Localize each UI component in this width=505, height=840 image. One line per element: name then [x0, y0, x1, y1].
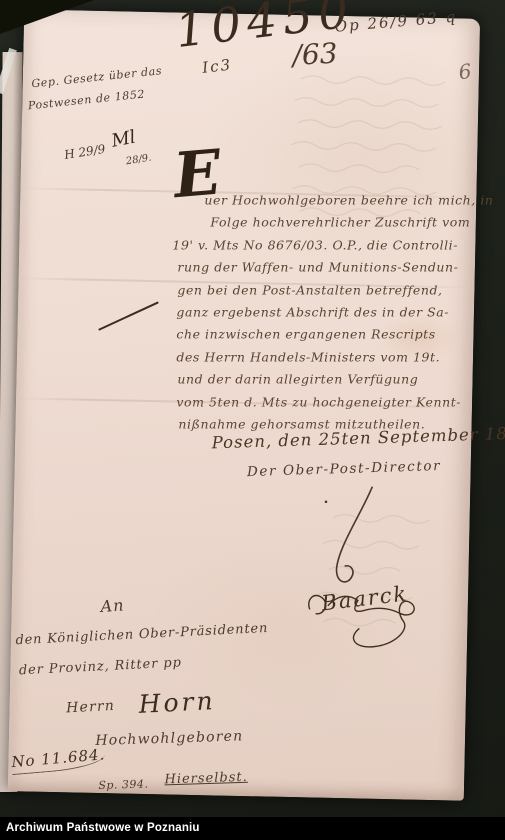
body-line: vom 5ten d. Mts zu hochgeneigter Kennt- — [172, 394, 493, 416]
archive-caption-bar: Archiwum Państwowe w Poznaniu — [0, 817, 505, 840]
address-line: den Königlichen Ober-Präsidenten — [15, 621, 268, 648]
address-salutation: An — [100, 595, 125, 616]
registry-subnumber: Ic3 — [201, 55, 233, 76]
body-line: und der darin allegirten Verfügung — [172, 372, 493, 394]
margin-initials: Ml — [110, 127, 138, 152]
body-line: Folge hochverehrlicher Zuschrift vom — [172, 215, 493, 237]
delivery-note: Hierselbst. — [164, 770, 248, 788]
sheet-number: 6 — [457, 59, 472, 84]
body-line: uer Hochwohlgeboren beehre ich mich, in — [172, 192, 493, 214]
photo-stage: 10450 Ic3 /63 Op 26/9 63 q 6 Gep. Gesetz… — [0, 0, 505, 840]
body-line: rung der Waffen- und Munitions-Sendun- — [172, 260, 493, 282]
registry-year-mark: /63 — [292, 37, 339, 72]
body-line: gen bei den Post-Anstalten betreffend, — [172, 282, 493, 304]
body-line: che inzwischen ergangenen Rescripts — [172, 327, 493, 349]
address-line: der Provinz, Ritter pp — [19, 655, 183, 678]
margin-note-line2: Postwesen de 1852 — [27, 88, 145, 113]
body-line: des Herrn Handels-Ministers vom 19t. — [172, 349, 493, 371]
address-courtesy: Hochwohlgeboren — [95, 728, 243, 749]
margin-check-mark: H 29/9 — [63, 142, 106, 162]
margin-tick-stroke — [98, 301, 159, 330]
address-recipient-name: Horn — [138, 686, 216, 719]
address-honorific: Herrn — [66, 698, 116, 716]
journal-number: Sp. 394. — [98, 777, 148, 792]
letter-body: uer Hochwohlgeboren beehre ich mich, in … — [172, 192, 493, 438]
archive-caption: Archiwum Państwowe w Poznaniu — [6, 817, 200, 840]
margin-note-line1: Gep. Gesetz über das — [31, 64, 163, 90]
document-page: 10450 Ic3 /63 Op 26/9 63 q 6 Gep. Gesetz… — [8, 9, 480, 800]
body-line: ganz ergebenst Abschrift des in der Sa- — [172, 304, 493, 326]
signoff-title: Der Ober-Post-Director — [247, 458, 442, 480]
document-number: No 11.684. — [11, 745, 107, 775]
margin-initials-date: 28/9. — [125, 153, 152, 168]
body-line: 19' v. Mts No 8676/03. O.P., die Control… — [172, 237, 493, 259]
